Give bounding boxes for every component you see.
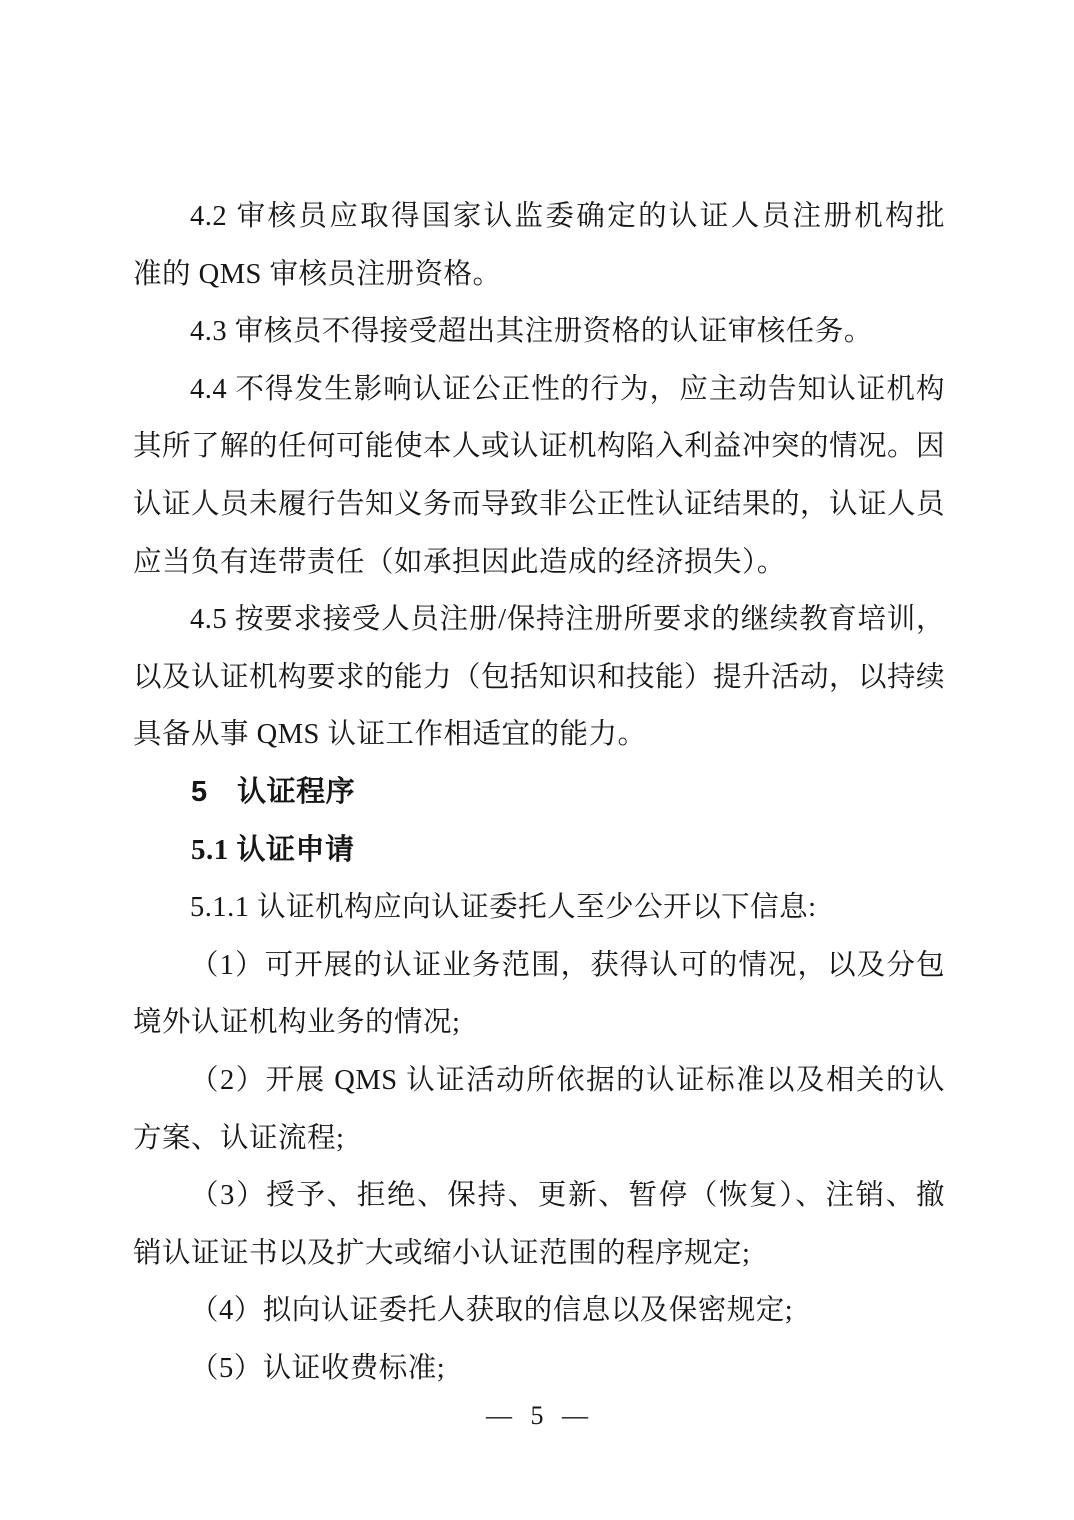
text-line: （4）拟向认证委托人获取的信息以及保密规定; <box>133 1282 945 1340</box>
text-line: 4.2 审核员应取得国家认监委确定的认证人员注册机构批 <box>133 188 945 246</box>
page-number: — 5 — <box>486 1401 588 1430</box>
text-line: 具备从事 QMS 认证工作相适宜的能力。 <box>133 706 945 764</box>
text-line: 销认证证书以及扩大或缩小认证范围的程序规定; <box>133 1225 945 1283</box>
text-line: （1）可开展的认证业务范围，获得认可的情况，以及分包 <box>133 937 945 995</box>
document-body: 4.2 审核员应取得国家认监委确定的认证人员注册机构批 准的 QMS 审核员注册… <box>133 188 945 1397</box>
text-line: 其所了解的任何可能使本人或认证机构陷入利益冲突的情况。因 <box>133 418 945 476</box>
subsection-5-1-heading: 5.1 认证申请 <box>133 822 945 880</box>
para-5-1-1: 5.1.1 认证机构应向认证委托人至少公开以下信息: <box>133 879 945 937</box>
text-line: 4.5 按要求接受人员注册/保持注册所要求的继续教育培训， <box>133 591 945 649</box>
para-4-2: 4.2 审核员应取得国家认监委确定的认证人员注册机构批 准的 QMS 审核员注册… <box>133 188 945 303</box>
item-4: （4）拟向认证委托人获取的信息以及保密规定; <box>133 1282 945 1340</box>
text-line: 应当负有连带责任（如承担因此造成的经济损失）。 <box>133 534 945 592</box>
text-line: 境外认证机构业务的情况; <box>133 994 945 1052</box>
item-3: （3）授予、拒绝、保持、更新、暂停（恢复）、注销、撤 销认证证书以及扩大或缩小认… <box>133 1167 945 1282</box>
para-4-4: 4.4 不得发生影响认证公正性的行为，应主动告知认证机构 其所了解的任何可能使本… <box>133 361 945 591</box>
subsection-heading-text: 5.1 认证申请 <box>133 822 945 880</box>
text-line: 准的 QMS 审核员注册资格。 <box>133 246 945 304</box>
text-line: （2）开展 QMS 认证活动所依据的认证标准以及相关的认证 <box>133 1052 945 1110</box>
text-line: 认证人员未履行告知义务而导致非公正性认证结果的，认证人员 <box>133 476 945 534</box>
text-line: 5.1.1 认证机构应向认证委托人至少公开以下信息: <box>133 879 945 937</box>
text-line: （3）授予、拒绝、保持、更新、暂停（恢复）、注销、撤 <box>133 1167 945 1225</box>
text-line: 4.3 审核员不得接受超出其注册资格的认证审核任务。 <box>133 303 945 361</box>
text-line: （5）认证收费标准; <box>133 1340 945 1398</box>
item-5: （5）认证收费标准; <box>133 1340 945 1398</box>
text-line: 4.4 不得发生影响认证公正性的行为，应主动告知认证机构 <box>133 361 945 419</box>
para-4-3: 4.3 审核员不得接受超出其注册资格的认证审核任务。 <box>133 303 945 361</box>
section-5-heading: 5 认证程序 <box>133 764 945 822</box>
section-heading-text: 5 认证程序 <box>133 764 945 822</box>
document-page: 4.2 审核员应取得国家认监委确定的认证人员注册机构批 准的 QMS 审核员注册… <box>0 0 1074 1520</box>
item-2: （2）开展 QMS 认证活动所依据的认证标准以及相关的认证 方案、认证流程; <box>133 1052 945 1167</box>
item-1: （1）可开展的认证业务范围，获得认可的情况，以及分包 境外认证机构业务的情况; <box>133 937 945 1052</box>
page-footer: — 5 — <box>0 1396 1074 1436</box>
text-line: 方案、认证流程; <box>133 1110 945 1168</box>
para-4-5: 4.5 按要求接受人员注册/保持注册所要求的继续教育培训， 以及认证机构要求的能… <box>133 591 945 764</box>
text-line: 以及认证机构要求的能力（包括知识和技能）提升活动，以持续 <box>133 649 945 707</box>
